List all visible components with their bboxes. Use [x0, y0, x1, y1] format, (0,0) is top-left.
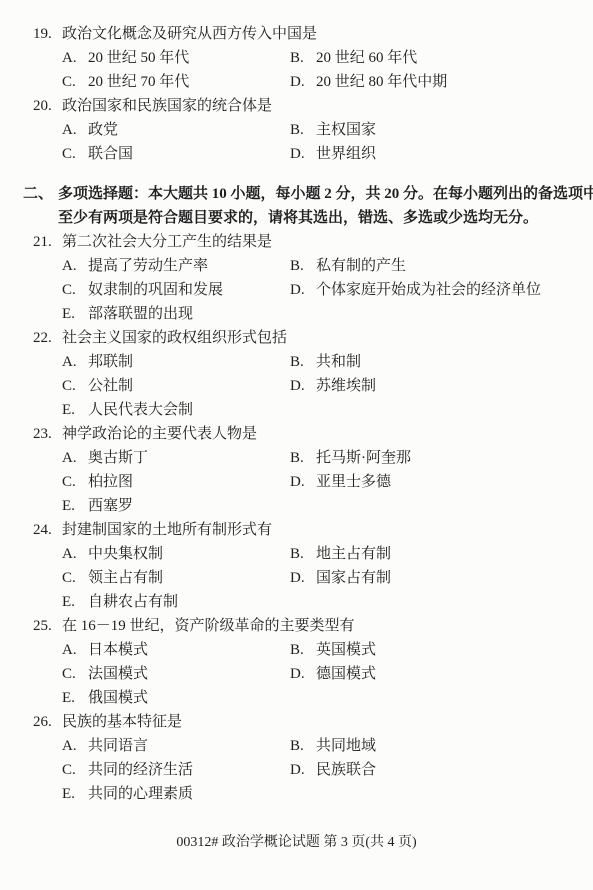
- question-number: 25.: [33, 614, 62, 638]
- question-options: A.奥古斯丁B.托马斯·阿奎那C.柏拉图D.亚里士多德E.西塞罗: [62, 446, 573, 518]
- option-label: C.: [62, 70, 88, 94]
- question-line: 21.第二次社会大分工产生的结果是: [23, 230, 573, 254]
- option-row: C.柏拉图D.亚里士多德: [62, 470, 573, 494]
- option-label: D.: [290, 470, 316, 494]
- option: D.世界组织: [290, 142, 573, 166]
- option: D.德国模式: [290, 662, 573, 686]
- question-line: 20.政治国家和民族国家的统合体是: [23, 94, 573, 118]
- option: A.共同语言: [62, 734, 290, 758]
- option-text: 自耕农占有制: [88, 594, 178, 610]
- option-row: A.邦联制B.共和制: [62, 350, 573, 374]
- option-row: E.共同的心理素质: [62, 782, 573, 806]
- option-label: B.: [290, 638, 316, 662]
- option: A.日本模式: [62, 638, 290, 662]
- option-text: 亚里士多德: [316, 474, 391, 490]
- option-text: 中央集权制: [88, 546, 163, 562]
- question-number: 20.: [33, 94, 62, 118]
- question-number: 26.: [33, 710, 62, 734]
- option-label: C.: [62, 278, 88, 302]
- option-row: C.共同的经济生活D.民族联合: [62, 758, 573, 782]
- option-label: A.: [62, 638, 88, 662]
- option: B.共同地域: [290, 734, 573, 758]
- option: C.领主占有制: [62, 566, 290, 590]
- question-options: A.日本模式B.英国模式C.法国模式D.德国模式E.俄国模式: [62, 638, 573, 710]
- option-text: 共同语言: [88, 738, 148, 754]
- page-footer: 00312# 政治学概论试题 第 3 页(共 4 页): [0, 832, 593, 854]
- option-label: A.: [62, 542, 88, 566]
- option-label: C.: [62, 566, 88, 590]
- section-two-header-text: 多项选择题：本大题共 10 小题，每小题 2 分，共 20 分。在每小题列出的备…: [58, 186, 593, 226]
- question-text: 神学政治论的主要代表人物是: [62, 426, 257, 442]
- option-label: A.: [62, 254, 88, 278]
- option-label: D.: [290, 374, 316, 398]
- option-text: 柏拉图: [88, 474, 133, 490]
- option-label: B.: [290, 734, 316, 758]
- question: 23.神学政治论的主要代表人物是 A.奥古斯丁B.托马斯·阿奎那C.柏拉图D.亚…: [23, 422, 573, 518]
- option-text: 西塞罗: [88, 498, 133, 514]
- option-text: 邦联制: [88, 354, 133, 370]
- option-label: D.: [290, 142, 316, 166]
- question-text: 封建制国家的土地所有制形式有: [62, 522, 272, 538]
- option-label: A.: [62, 118, 88, 142]
- option: D.亚里士多德: [290, 470, 573, 494]
- option: E.西塞罗: [62, 494, 290, 518]
- option-row: A.20 世纪 50 年代B.20 世纪 60 年代: [62, 46, 573, 70]
- option-label: C.: [62, 662, 88, 686]
- option-text: 联合国: [88, 146, 133, 162]
- exam-page: 19.政治文化概念及研究从西方传入中国是 A.20 世纪 50 年代B.20 世…: [0, 0, 593, 806]
- question-text: 民族的基本特征是: [62, 714, 182, 730]
- option-label: E.: [62, 590, 88, 614]
- question-line: 26.民族的基本特征是: [23, 710, 573, 734]
- question: 25.在 16－19 世纪，资产阶级革命的主要类型有 A.日本模式B.英国模式C…: [23, 614, 573, 710]
- option-text: 私有制的产生: [316, 258, 406, 274]
- option-text: 国家占有制: [316, 570, 391, 586]
- option: C.公社制: [62, 374, 290, 398]
- option-label: D.: [290, 758, 316, 782]
- option-text: 地主占有制: [316, 546, 391, 562]
- option-label: D.: [290, 70, 316, 94]
- option-row: E.西塞罗: [62, 494, 573, 518]
- question-number: 24.: [33, 518, 62, 542]
- option-text: 主权国家: [316, 122, 376, 138]
- question-text: 第二次社会大分工产生的结果是: [62, 234, 272, 250]
- option-text: 20 世纪 50 年代: [88, 50, 189, 66]
- option: B.主权国家: [290, 118, 573, 142]
- section-two-marker: 二、: [23, 182, 58, 206]
- option-label: B.: [290, 254, 316, 278]
- question: 26.民族的基本特征是 A.共同语言B.共同地域C.共同的经济生活D.民族联合E…: [23, 710, 573, 806]
- option-text: 领主占有制: [88, 570, 163, 586]
- question-options: A.中央集权制B.地主占有制C.领主占有制D.国家占有制E.自耕农占有制: [62, 542, 573, 614]
- question-line: 19.政治文化概念及研究从西方传入中国是: [23, 22, 573, 46]
- question-line: 23.神学政治论的主要代表人物是: [23, 422, 573, 446]
- option-text: 人民代表大会制: [88, 402, 193, 418]
- option: B.私有制的产生: [290, 254, 573, 278]
- option-text: 德国模式: [316, 666, 376, 682]
- option-label: C.: [62, 374, 88, 398]
- option: C.20 世纪 70 年代: [62, 70, 290, 94]
- option-text: 共和制: [316, 354, 361, 370]
- option-row: A.提高了劳动生产率B.私有制的产生: [62, 254, 573, 278]
- question-options: A.提高了劳动生产率B.私有制的产生C.奴隶制的巩固和发展D.个体家庭开始成为社…: [62, 254, 573, 326]
- option-row: A.中央集权制B.地主占有制: [62, 542, 573, 566]
- option-label: B.: [290, 350, 316, 374]
- option: A.奥古斯丁: [62, 446, 290, 470]
- option: B.英国模式: [290, 638, 573, 662]
- option-text: 托马斯·阿奎那: [316, 450, 411, 466]
- option-label: B.: [290, 118, 316, 142]
- option-text: 英国模式: [316, 642, 376, 658]
- question: 24.封建制国家的土地所有制形式有 A.中央集权制B.地主占有制C.领主占有制D…: [23, 518, 573, 614]
- option: E.自耕农占有制: [62, 590, 290, 614]
- option-text: 个体家庭开始成为社会的经济单位: [316, 282, 541, 298]
- option-text: 政党: [88, 122, 118, 138]
- question: 21.第二次社会大分工产生的结果是 A.提高了劳动生产率B.私有制的产生C.奴隶…: [23, 230, 573, 326]
- question-options: A.共同语言B.共同地域C.共同的经济生活D.民族联合E.共同的心理素质: [62, 734, 573, 806]
- option: A.邦联制: [62, 350, 290, 374]
- question-options: A.政党B.主权国家C.联合国D.世界组织: [62, 118, 573, 166]
- option-text: 民族联合: [316, 762, 376, 778]
- option-text: 共同地域: [316, 738, 376, 754]
- option: D.个体家庭开始成为社会的经济单位: [290, 278, 573, 302]
- option-text: 日本模式: [88, 642, 148, 658]
- option-text: 20 世纪 70 年代: [88, 74, 189, 90]
- question-text: 社会主义国家的政权组织形式包括: [62, 330, 287, 346]
- option: B.20 世纪 60 年代: [290, 46, 573, 70]
- option-row: C.20 世纪 70 年代D.20 世纪 80 年代中期: [62, 70, 573, 94]
- option: A.提高了劳动生产率: [62, 254, 290, 278]
- option-label: B.: [290, 542, 316, 566]
- option-label: A.: [62, 734, 88, 758]
- option-row: C.联合国D.世界组织: [62, 142, 573, 166]
- option-row: E.俄国模式: [62, 686, 573, 710]
- question-options: A.20 世纪 50 年代B.20 世纪 60 年代C.20 世纪 70 年代D…: [62, 46, 573, 94]
- option-row: A.政党B.主权国家: [62, 118, 573, 142]
- section-one-questions: 19.政治文化概念及研究从西方传入中国是 A.20 世纪 50 年代B.20 世…: [23, 22, 573, 166]
- question: 19.政治文化概念及研究从西方传入中国是 A.20 世纪 50 年代B.20 世…: [23, 22, 573, 94]
- question-number: 23.: [33, 422, 62, 446]
- option-label: C.: [62, 758, 88, 782]
- option: C.共同的经济生活: [62, 758, 290, 782]
- option-row: E.部落联盟的出现: [62, 302, 573, 326]
- question-number: 22.: [33, 326, 62, 350]
- question-number: 19.: [33, 22, 62, 46]
- option-label: B.: [290, 446, 316, 470]
- question-text: 在 16－19 世纪，资产阶级革命的主要类型有: [62, 618, 355, 634]
- question: 22.社会主义国家的政权组织形式包括 A.邦联制B.共和制C.公社制D.苏维埃制…: [23, 326, 573, 422]
- option-text: 奴隶制的巩固和发展: [88, 282, 223, 298]
- option-label: A.: [62, 446, 88, 470]
- option: A.政党: [62, 118, 290, 142]
- option: B.托马斯·阿奎那: [290, 446, 573, 470]
- option-text: 世界组织: [316, 146, 376, 162]
- option-row: A.日本模式B.英国模式: [62, 638, 573, 662]
- question-text: 政治文化概念及研究从西方传入中国是: [62, 26, 317, 42]
- option-row: C.奴隶制的巩固和发展D.个体家庭开始成为社会的经济单位: [62, 278, 573, 302]
- section-two-header: 二、多项选择题：本大题共 10 小题，每小题 2 分，共 20 分。在每小题列出…: [23, 182, 593, 230]
- option: A.中央集权制: [62, 542, 290, 566]
- option-text: 苏维埃制: [316, 378, 376, 394]
- option-row: E.自耕农占有制: [62, 590, 573, 614]
- option-text: 共同的心理素质: [88, 786, 193, 802]
- option-text: 20 世纪 80 年代中期: [316, 74, 447, 90]
- option-label: A.: [62, 350, 88, 374]
- question-number: 21.: [33, 230, 62, 254]
- option: D.国家占有制: [290, 566, 573, 590]
- option-label: C.: [62, 470, 88, 494]
- question-text: 政治国家和民族国家的统合体是: [62, 98, 272, 114]
- option-label: E.: [62, 302, 88, 326]
- option-label: D.: [290, 662, 316, 686]
- option-row: C.法国模式D.德国模式: [62, 662, 573, 686]
- option: B.共和制: [290, 350, 573, 374]
- option: E.共同的心理素质: [62, 782, 290, 806]
- option: D.苏维埃制: [290, 374, 573, 398]
- question-options: A.邦联制B.共和制C.公社制D.苏维埃制E.人民代表大会制: [62, 350, 573, 422]
- option-text: 俄国模式: [88, 690, 148, 706]
- option: E.部落联盟的出现: [62, 302, 290, 326]
- option-text: 提高了劳动生产率: [88, 258, 208, 274]
- option: C.法国模式: [62, 662, 290, 686]
- option-label: E.: [62, 686, 88, 710]
- option-text: 20 世纪 60 年代: [316, 50, 417, 66]
- option-label: E.: [62, 398, 88, 422]
- option-label: A.: [62, 46, 88, 70]
- option-label: E.: [62, 782, 88, 806]
- question-line: 24.封建制国家的土地所有制形式有: [23, 518, 573, 542]
- option-label: B.: [290, 46, 316, 70]
- option: A.20 世纪 50 年代: [62, 46, 290, 70]
- option-label: D.: [290, 278, 316, 302]
- question-line: 25.在 16－19 世纪，资产阶级革命的主要类型有: [23, 614, 573, 638]
- option-row: E.人民代表大会制: [62, 398, 573, 422]
- option: C.联合国: [62, 142, 290, 166]
- option: E.俄国模式: [62, 686, 290, 710]
- option-label: E.: [62, 494, 88, 518]
- option-row: C.公社制D.苏维埃制: [62, 374, 573, 398]
- option-label: D.: [290, 566, 316, 590]
- option-text: 部落联盟的出现: [88, 306, 193, 322]
- option-text: 法国模式: [88, 666, 148, 682]
- option-text: 奥古斯丁: [88, 450, 148, 466]
- option: C.奴隶制的巩固和发展: [62, 278, 290, 302]
- option-label: C.: [62, 142, 88, 166]
- option: D.民族联合: [290, 758, 573, 782]
- section-two-questions: 21.第二次社会大分工产生的结果是 A.提高了劳动生产率B.私有制的产生C.奴隶…: [23, 230, 573, 806]
- question-line: 22.社会主义国家的政权组织形式包括: [23, 326, 573, 350]
- option: C.柏拉图: [62, 470, 290, 494]
- option: D.20 世纪 80 年代中期: [290, 70, 573, 94]
- option-row: A.奥古斯丁B.托马斯·阿奎那: [62, 446, 573, 470]
- option: E.人民代表大会制: [62, 398, 290, 422]
- option-row: A.共同语言B.共同地域: [62, 734, 573, 758]
- option: B.地主占有制: [290, 542, 573, 566]
- question: 20.政治国家和民族国家的统合体是 A.政党B.主权国家C.联合国D.世界组织: [23, 94, 573, 166]
- option-text: 公社制: [88, 378, 133, 394]
- option-row: C.领主占有制D.国家占有制: [62, 566, 573, 590]
- option-text: 共同的经济生活: [88, 762, 193, 778]
